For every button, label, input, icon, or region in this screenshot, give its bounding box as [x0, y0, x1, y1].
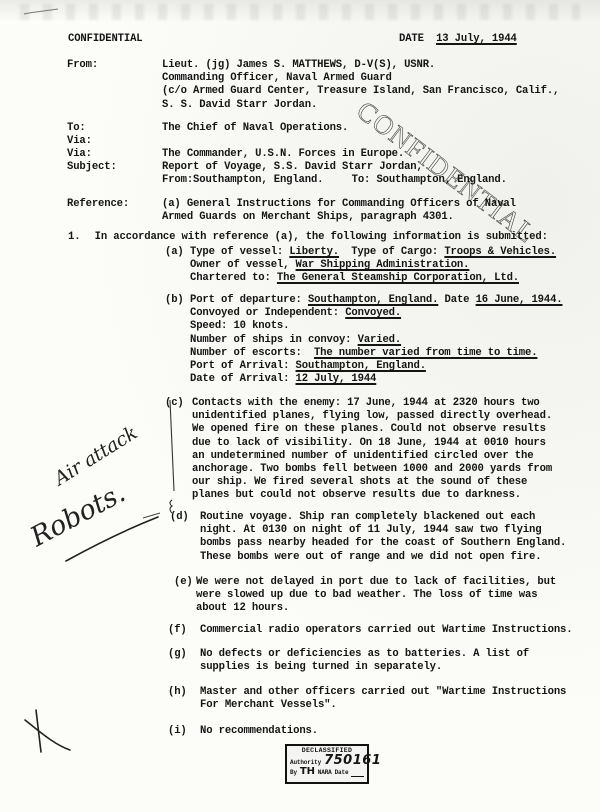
speed: Speed: 10 knots.	[190, 320, 563, 333]
item-b-marker: (b)	[165, 294, 184, 307]
chartered-to: The General Steamship Corporation, Ltd.	[277, 272, 519, 284]
subject-label: Subject:	[67, 161, 117, 174]
convoy-ships: Varied.	[358, 334, 401, 346]
vessel-type: Liberty.	[289, 246, 339, 258]
declassified-stamp: DECLASSIFIED Authority 750161 By TH NARA…	[285, 744, 369, 784]
departure-port: Southampton, England.	[308, 294, 438, 306]
cargo-type: Troops & Vehicles.	[444, 246, 556, 258]
authority-number: 750161	[324, 755, 381, 767]
subject-line: Report of Voyage, S.S. David Starr Jorda…	[162, 161, 423, 174]
paragraph-number: 1.	[68, 231, 80, 243]
arrival-date: 12 July, 1944	[296, 373, 377, 385]
item-a-marker: (a)	[165, 246, 184, 259]
handwritten-note-robots: Robots.	[25, 478, 130, 553]
date-line: DATE 13 July, 1944	[399, 33, 517, 46]
agency: NARA	[318, 769, 332, 777]
from-block: Lieut. (jg) James S. MATTHEWS, D-V(S), U…	[162, 59, 559, 112]
item-d-marker: (d)	[170, 511, 189, 524]
paragraph-1-intro: 1. In accordance with reference (a), the…	[68, 231, 548, 244]
departure-date: 16 June, 1944.	[476, 294, 563, 306]
from-line: (c/o Armed Guard Center, Treasure Island…	[162, 85, 559, 98]
by-label: By	[290, 769, 297, 777]
from-label: From:	[67, 59, 98, 72]
item-f: Commercial radio operators carried out W…	[200, 624, 572, 637]
date-label: Date	[335, 769, 349, 777]
item-c-marker: (c)	[165, 397, 184, 410]
item-e-marker: (e)	[174, 576, 193, 589]
item-g-marker: (g)	[168, 648, 187, 661]
reference-line: Armed Guards on Merchant Ships, paragrap…	[162, 211, 516, 224]
subject-from: From:Southampton, England.	[162, 174, 323, 186]
item-i: No recommendations.	[200, 725, 318, 738]
via-label-1: Via:	[67, 135, 92, 148]
item-h: Master and other officers carried out "W…	[200, 686, 566, 712]
vessel-owner: War Shipping Administration.	[296, 259, 470, 271]
item-f-marker: (f)	[168, 624, 187, 637]
handwritten-note-air-attack: Air attack	[50, 422, 141, 490]
classification-header: CONFIDENTIAL	[68, 33, 143, 46]
via-label-2: Via:	[67, 148, 92, 161]
item-d: Routine voyage. Ship ran completely blac…	[200, 511, 566, 564]
arrival-port: Southampton, England.	[296, 360, 426, 372]
to-label: To:	[67, 122, 86, 135]
to-value: The Chief of Naval Operations.	[162, 122, 348, 135]
reference-label: Reference:	[67, 198, 129, 211]
document-page: CONFIDENTIAL DATE 13 July, 1944 From: Li…	[0, 0, 600, 812]
via-value-2: The Commander, U.S.N. Forces in Europe.	[162, 148, 404, 161]
convoy-status: Convoyed.	[345, 307, 401, 319]
item-i-marker: (i)	[168, 725, 187, 738]
item-g: No defects or deficiencies as to batteri…	[200, 648, 529, 674]
date-value: 13 July, 1944	[436, 33, 517, 45]
date-blank	[351, 776, 364, 777]
scan-artifact	[20, 4, 580, 20]
escorts: The number varied from time to time.	[314, 347, 537, 359]
item-c: Contacts with the enemy: 17 June, 1944 a…	[192, 397, 552, 503]
from-line: Lieut. (jg) James S. MATTHEWS, D-V(S), U…	[162, 59, 559, 72]
item-a: Type of vessel: Liberty. Type of Cargo: …	[190, 246, 556, 286]
item-e: We were not delayed in port due to lack …	[196, 576, 556, 616]
from-line: Commanding Officer, Naval Armed Guard	[162, 72, 559, 85]
item-b: Port of departure: Southampton, England.…	[190, 294, 563, 386]
date-label: DATE	[399, 33, 424, 45]
by-initials: TH	[300, 767, 315, 777]
item-h-marker: (h)	[168, 686, 187, 699]
